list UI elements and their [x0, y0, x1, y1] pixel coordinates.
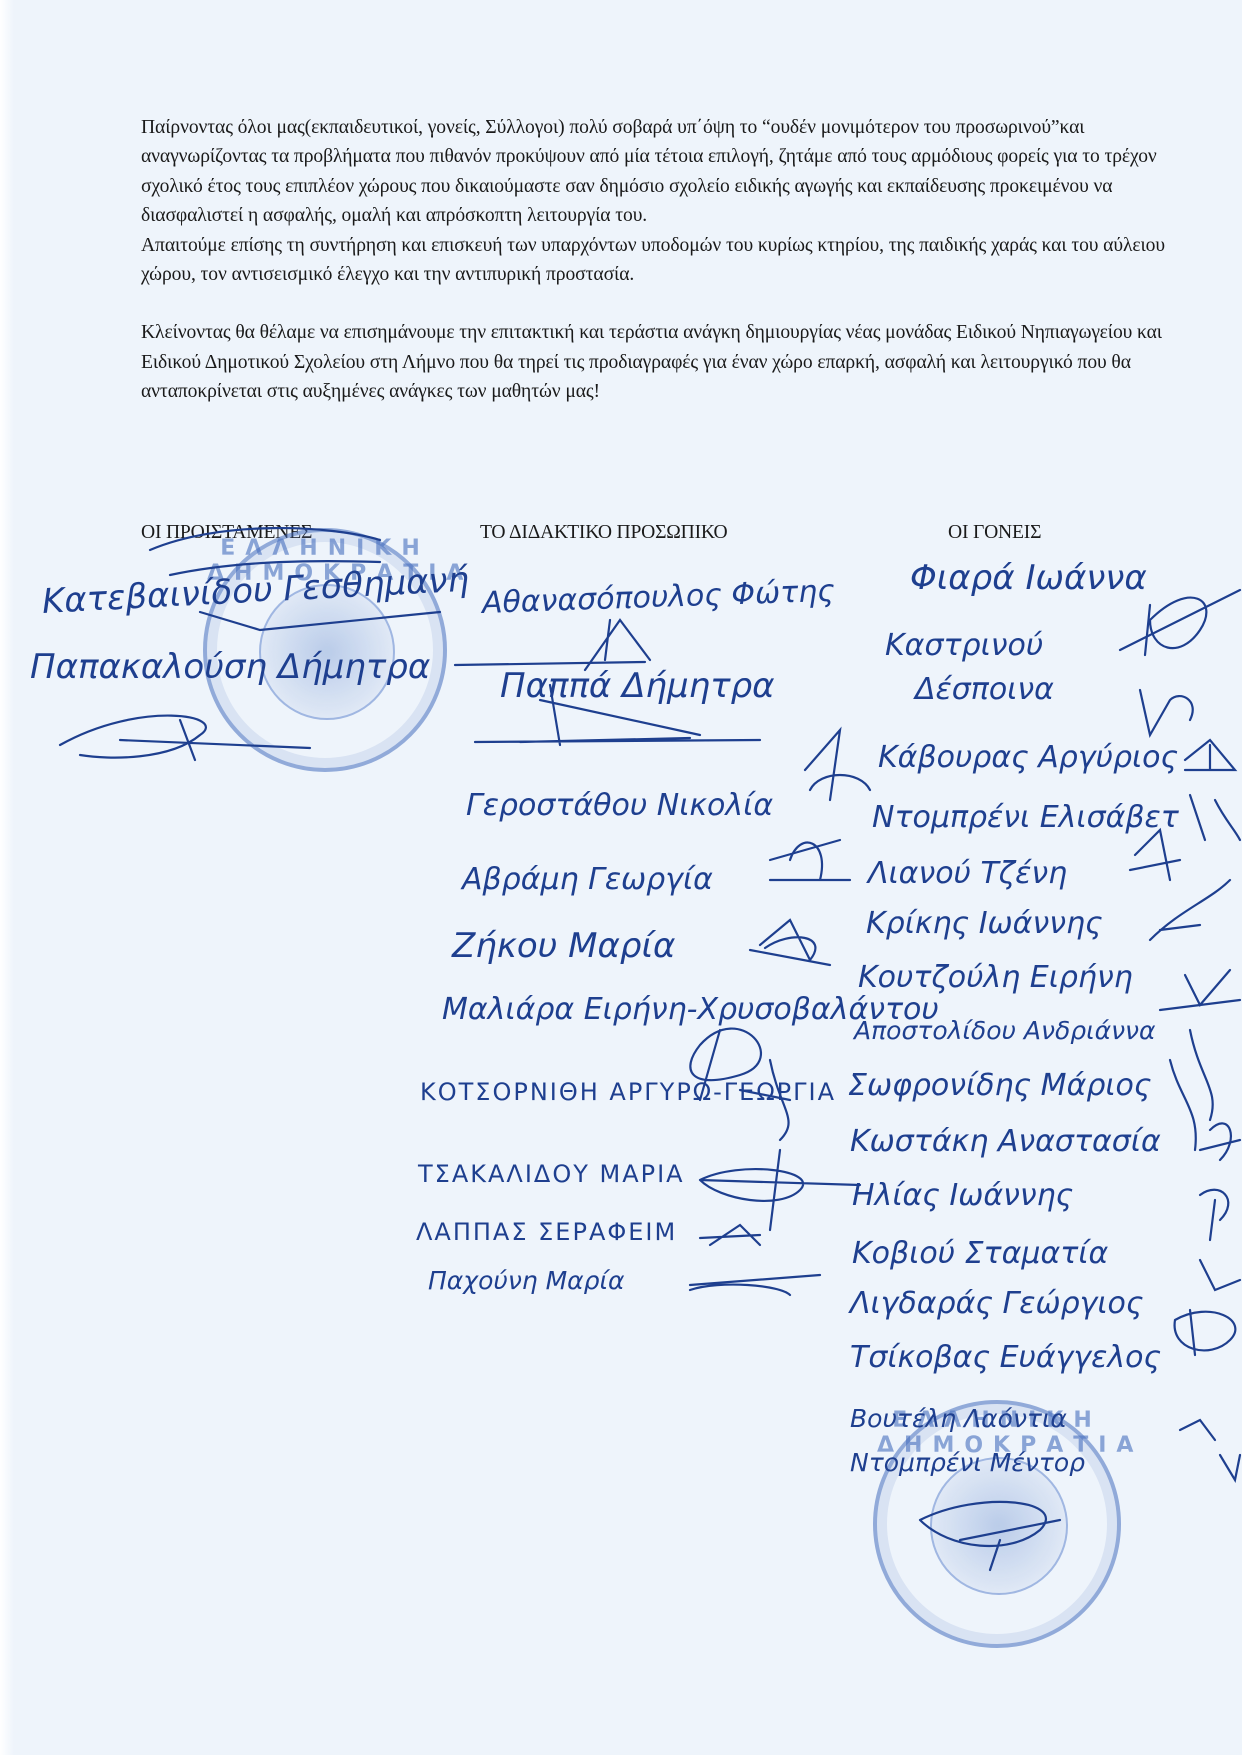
- signature-name-staff-9: ΛΑΠΠΑΣ ΣΕΡΑΦΕΙΜ: [416, 1218, 677, 1246]
- signature-name-parent-13: Κοβιού Σταματία: [852, 1236, 1108, 1271]
- heading-teaching-staff: ΤΟ ΔΙΔΑΚΤΙΚΟ ΠΡΟΣΩΠΙΚΟ: [480, 522, 727, 544]
- signature-name-staff-1: Αθανασόπουλος Φώτης: [481, 574, 835, 621]
- paragraph-maintenance: Απαιτούμε επίσης τη συντήρηση και επισκε…: [141, 231, 1181, 290]
- signature-name-parent-10: Σωφρονίδης Μάριος: [848, 1068, 1152, 1103]
- signature-name-head-2: Παπακαλούση Δήμητρα: [30, 647, 430, 687]
- signature-name-parent-3: Δέσποινα: [915, 672, 1054, 707]
- signature-name-staff-5: Ζήκου Μαρία: [452, 926, 675, 966]
- signature-name-staff-4: Αβράμη Γεωργία: [462, 862, 713, 897]
- signature-name-staff-7: ΚΟΤΣΟΡΝΙΘΗ ΑΡΓΥΡΩ-ΓΕΩΡΓΙΑ: [420, 1078, 836, 1106]
- official-stamp-right: ΕΛΛΗΝΙΚΗ ΔΗΜΟΚΡΑΤΙΑ: [873, 1400, 1121, 1648]
- signature-name-parent-12: Ηλίας Ιωάννης: [852, 1178, 1073, 1213]
- signature-name-parent-9: Αποστολίδου Ανδριάννα: [854, 1016, 1155, 1045]
- signature-name-parent-5: Ντομπρένι Ελισάβετ: [872, 800, 1179, 835]
- signature-name-parent-14: Λιγδαράς Γεώργιος: [850, 1286, 1143, 1321]
- signature-name-parent-4: Κάβουρας Αργύριος: [878, 740, 1178, 775]
- letter-body: Παίρνοντας όλοι μας(εκπαιδευτικοί, γονεί…: [141, 113, 1181, 407]
- stamp-emblem: [930, 1457, 1068, 1595]
- scan-edge: [0, 0, 14, 1755]
- signature-name-parent-17: Ντομπρένι Μέντορ: [850, 1448, 1085, 1477]
- signature-name-staff-2: Παππά Δήμητρα: [500, 666, 775, 706]
- signature-name-parent-1: Φιαρά Ιωάννα: [910, 558, 1147, 598]
- heading-parents: ΟΙ ΓΟΝΕΙΣ: [948, 522, 1041, 544]
- signature-name-parent-15: Τσίκοβας Ευάγγελος: [850, 1340, 1161, 1375]
- paragraph-request-spaces: Παίρνοντας όλοι μας(εκπαιδευτικοί, γονεί…: [141, 113, 1181, 231]
- signature-name-parent-6: Λιανού Τζένη: [868, 856, 1067, 891]
- signature-name-parent-16: Βουτέλη Λαόντια: [850, 1404, 1067, 1433]
- signature-name-parent-2: Καστρινού: [885, 628, 1043, 663]
- paragraph-closing: Κλείνοντας θα θέλαμε να επισημάνουμε την…: [141, 318, 1181, 406]
- signature-name-parent-8: Κουτζούλη Ειρήνη: [858, 960, 1133, 995]
- signature-name-parent-7: Κρίκης Ιωάννης: [866, 906, 1103, 941]
- signature-name-staff-3: Γεροστάθου Νικολία: [466, 788, 773, 823]
- signature-name-parent-11: Κωστάκη Αναστασία: [850, 1124, 1161, 1159]
- signature-name-staff-8: ΤΣΑΚΑΛΙΔΟΥ ΜΑΡΙΑ: [418, 1160, 685, 1188]
- signature-name-staff-10: Παχούνη Μαρία: [428, 1266, 624, 1295]
